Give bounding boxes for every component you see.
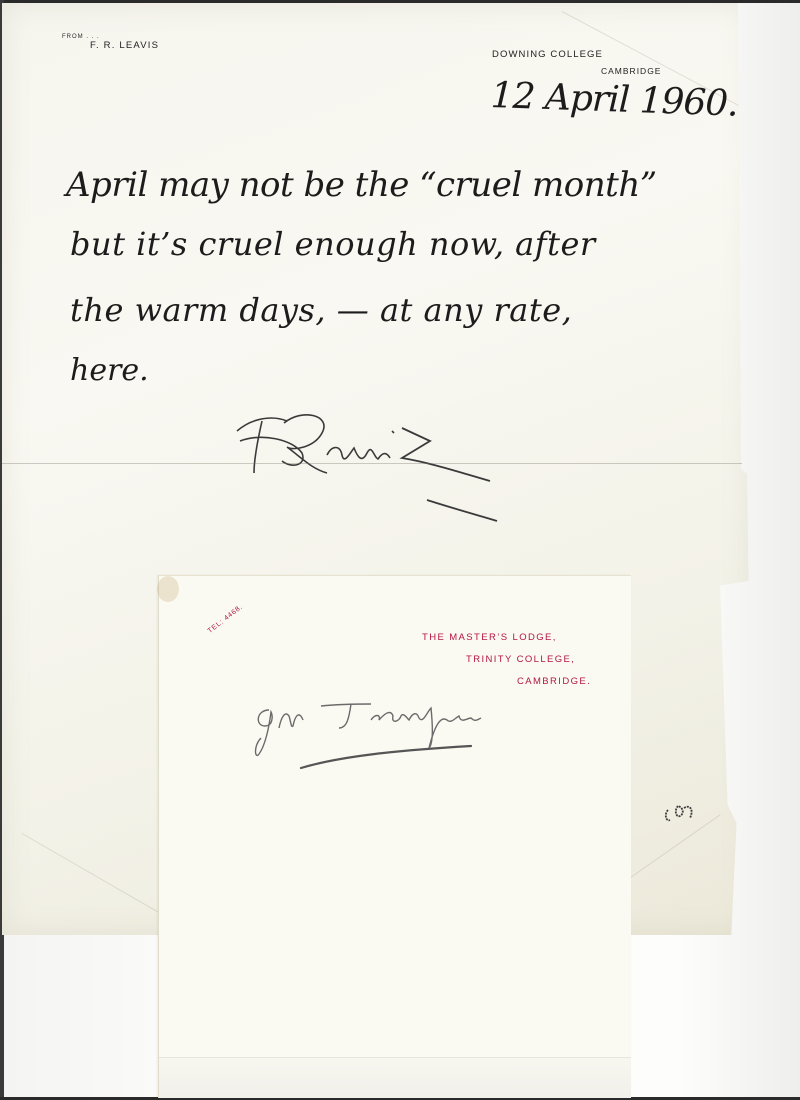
trevelyan-card-sheet: TEL: 4468. THE MASTER’S LODGE, TRINITY C… — [158, 575, 631, 1098]
paper-fold-line — [2, 463, 742, 464]
leavis-signature — [232, 403, 522, 533]
letterhead-city: CAMBRIDGE — [601, 66, 661, 76]
letterhead-masters-lodge: THE MASTER’S LODGE, — [422, 632, 557, 643]
letter-body-line: but it’s cruel enough now, after — [70, 225, 596, 263]
letter-body-line: the warm days, — at any rate, — [70, 291, 572, 329]
handwritten-date: 12 April 1960. — [490, 75, 738, 125]
letter-body-line: here. — [70, 353, 149, 388]
letterhead-cambridge: CAMBRIDGE. — [517, 676, 591, 687]
letterhead-trinity-college: TRINITY COLLEGE, — [466, 654, 575, 665]
paper-stain — [157, 576, 179, 602]
letterhead-telephone: TEL: 4468. — [207, 603, 245, 635]
scanner-edge-top — [0, 0, 800, 3]
pencil-scribble-icon — [662, 800, 702, 830]
trevelyan-signature — [251, 698, 541, 778]
letterhead-college: DOWNING COLLEGE — [492, 49, 603, 60]
letterhead-sender-name: F. R. LEAVIS — [90, 40, 159, 51]
letter-body-line: April may not be the “cruel month” — [66, 165, 657, 205]
card-bottom-band — [159, 1057, 631, 1098]
pencil-annotation-mark — [662, 800, 702, 830]
